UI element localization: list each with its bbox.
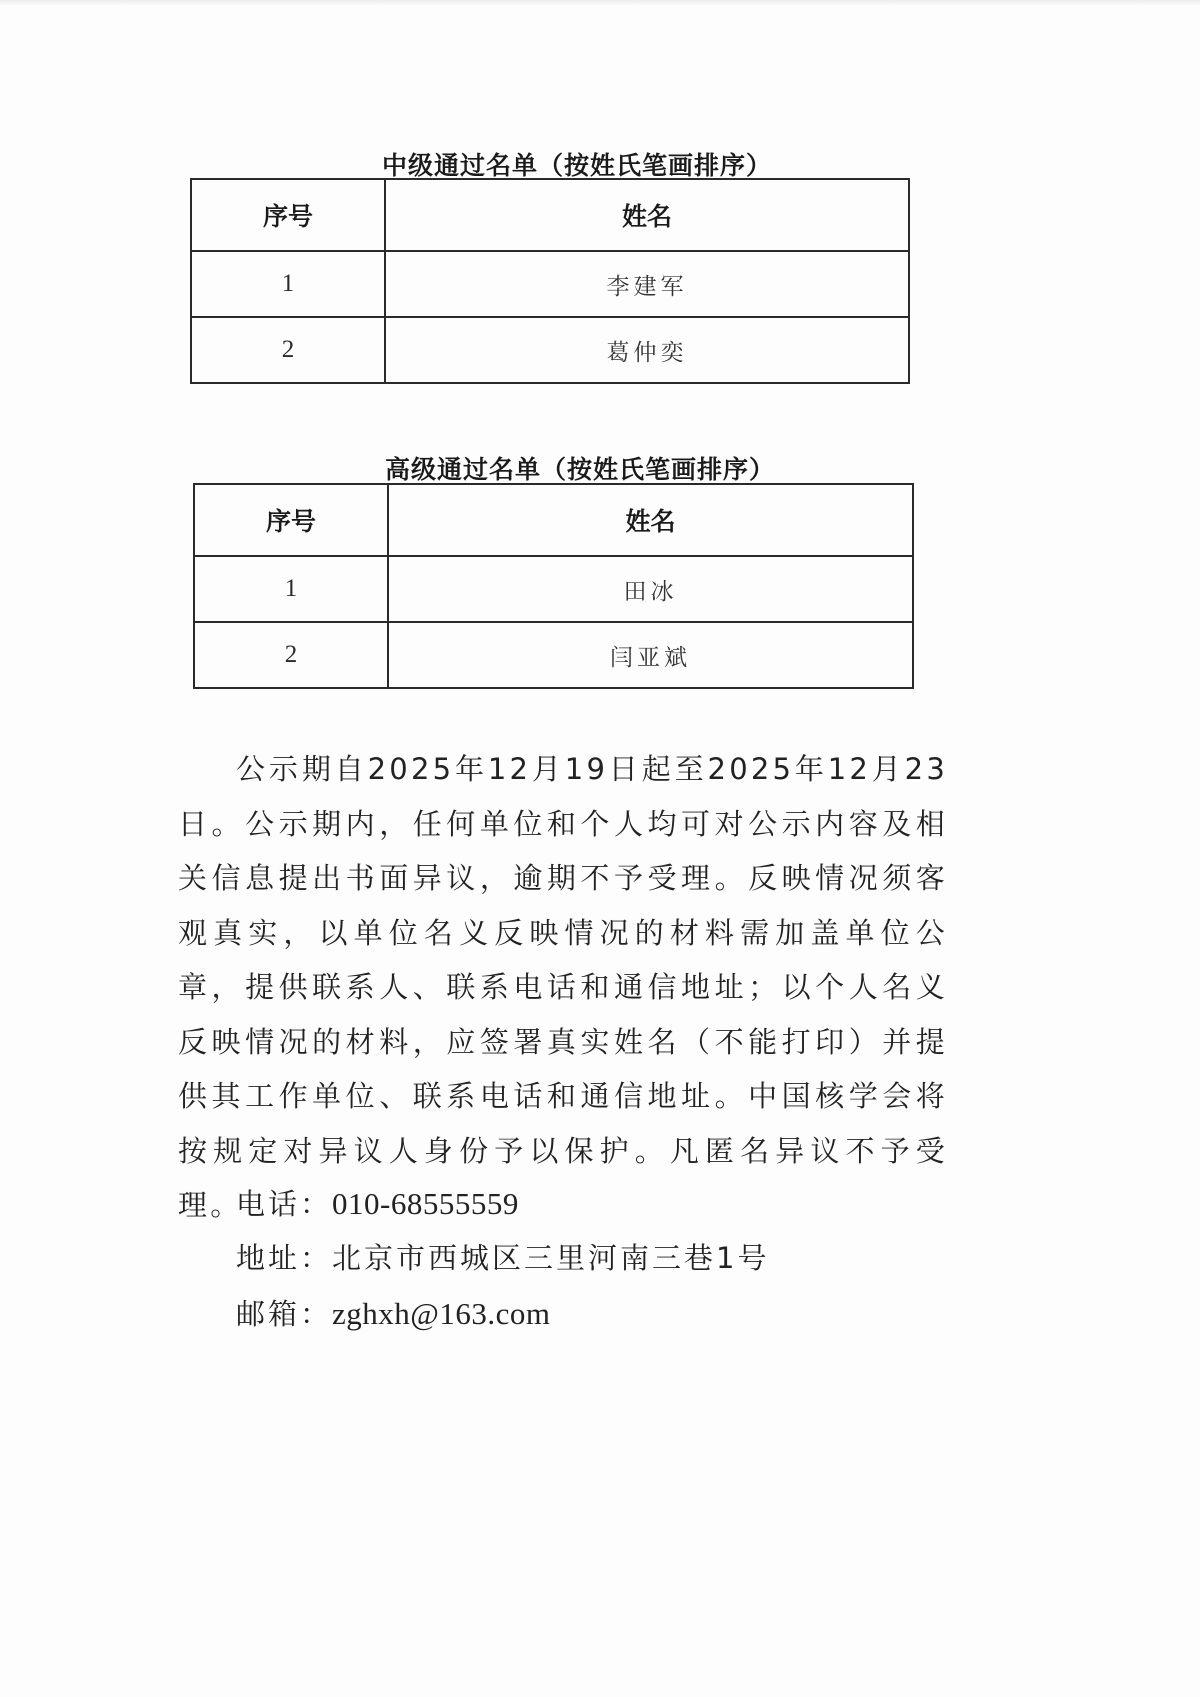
row-seq: 2 [194, 622, 388, 688]
address-value: 北京市西城区三里河南三巷1号 [332, 1241, 769, 1275]
column-header-name: 姓名 [388, 484, 913, 556]
intermediate-table-title: 中级通过名单（按姓氏笔画排序） [382, 146, 772, 182]
table-row: 1 田冰 [194, 556, 913, 622]
contact-email: 邮箱：zghxh@163.com [236, 1292, 550, 1333]
email-value: zghxh@163.com [332, 1296, 550, 1331]
table-header-row: 序号 姓名 [194, 484, 913, 556]
table-header-row: 序号 姓名 [191, 179, 909, 251]
column-header-name: 姓名 [385, 179, 909, 251]
intermediate-table: 序号 姓名 1 李建军 2 葛仲奕 [190, 178, 910, 384]
table-row: 2 葛仲奕 [191, 317, 909, 383]
row-name: 葛仲奕 [385, 317, 909, 383]
row-name: 闫亚斌 [388, 622, 913, 688]
column-header-seq: 序号 [194, 484, 388, 556]
contact-phone: 电话：010-68555559 [236, 1182, 519, 1223]
table-row: 1 李建军 [191, 251, 909, 317]
phone-value: 010-68555559 [332, 1186, 519, 1221]
phone-label: 电话： [236, 1187, 332, 1221]
row-name: 田冰 [388, 556, 913, 622]
row-seq: 2 [191, 317, 385, 383]
row-seq: 1 [194, 556, 388, 622]
column-header-seq: 序号 [191, 179, 385, 251]
table-row: 2 闫亚斌 [194, 622, 913, 688]
notice-paragraph: 公示期自2025年12月19日起至2025年12月23日。公示期内，任何单位和个… [178, 742, 948, 1233]
email-label: 邮箱： [236, 1297, 332, 1331]
row-seq: 1 [191, 251, 385, 317]
address-label: 地址： [236, 1241, 332, 1275]
senior-table-title: 高级通过名单（按姓氏笔画排序） [385, 450, 775, 486]
scan-edge [0, 0, 1200, 6]
senior-table: 序号 姓名 1 田冰 2 闫亚斌 [193, 483, 914, 689]
contact-address: 地址：北京市西城区三里河南三巷1号 [236, 1236, 769, 1277]
row-name: 李建军 [385, 251, 909, 317]
